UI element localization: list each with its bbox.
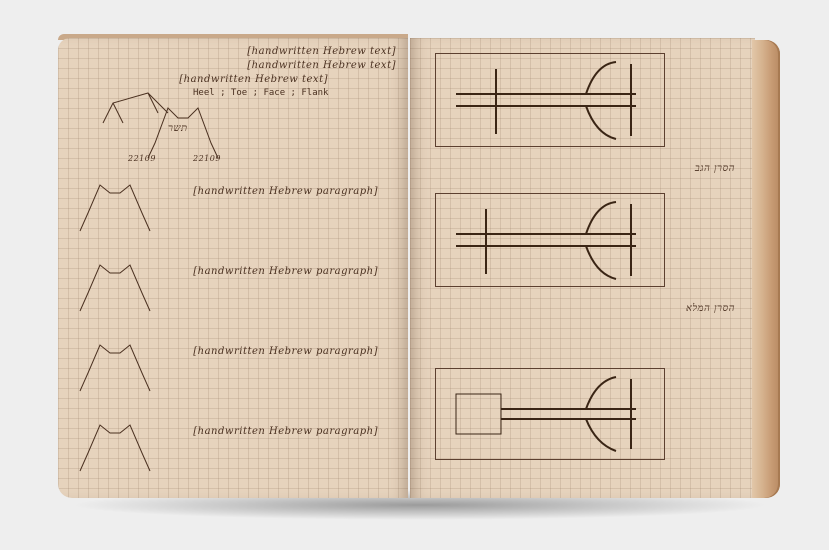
- english-labels: Heel ; Toe ; Face ; Flank: [193, 88, 328, 98]
- diagram-label: 22109: [193, 154, 221, 163]
- header-line: [handwritten Hebrew text]: [247, 60, 396, 71]
- diagram-label: 22109: [128, 154, 156, 163]
- axle-figure-3: [435, 368, 665, 460]
- axle-figure-1: [435, 53, 665, 147]
- caption-3: הסרן המלא: [686, 303, 735, 314]
- tooth-diagram-d: [78, 423, 153, 473]
- section-c: [handwritten Hebrew paragraph]: [193, 346, 378, 357]
- section-a: [handwritten Hebrew paragraph]: [193, 186, 378, 197]
- header-line: [handwritten Hebrew text]: [247, 46, 396, 57]
- tooth-diagram-b: [78, 263, 153, 313]
- tooth-diagram-a: [78, 183, 153, 233]
- header-line: [handwritten Hebrew text]: [179, 74, 328, 85]
- caption-2: הסרן הגב: [695, 163, 735, 174]
- right-page: הסרן הגב הסרן המלא: [410, 38, 755, 498]
- page-fore-edge: [752, 40, 780, 498]
- tooth-diagram-c: [78, 343, 153, 393]
- left-page: [handwritten Hebrew text] [handwritten H…: [58, 38, 408, 498]
- axle-figure-2: [435, 193, 665, 287]
- section-b: [handwritten Hebrew paragraph]: [193, 266, 378, 277]
- diagram-label: תשר: [168, 123, 188, 134]
- section-d: [handwritten Hebrew paragraph]: [193, 426, 378, 437]
